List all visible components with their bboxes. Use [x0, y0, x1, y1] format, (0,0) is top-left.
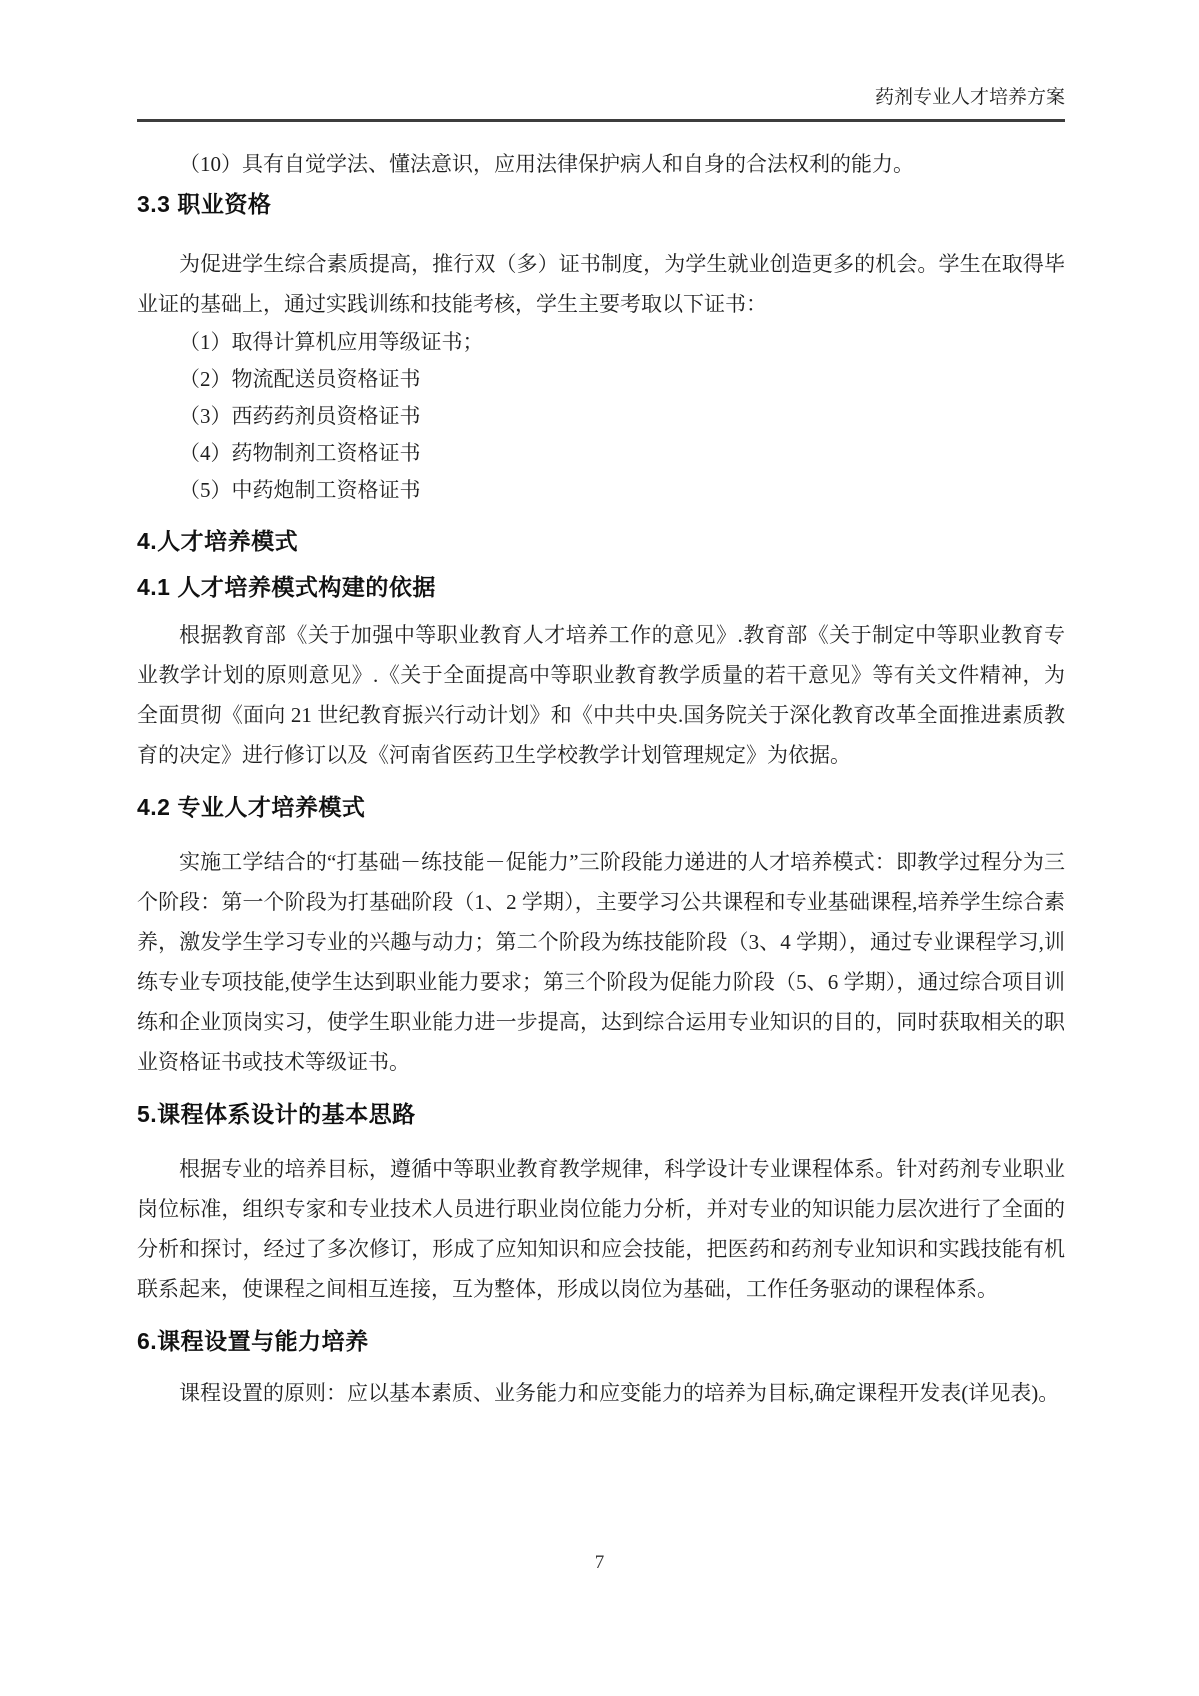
page-content: 药剂专业人才培养方案 （10）具有自觉学法、懂法意识，应用法律保护病人和自身的合… — [137, 0, 1065, 1413]
heading-4-talent-training-model: 4.人才培养模式 — [137, 521, 1065, 561]
heading-4-2-professional-model: 4.2 专业人才培养模式 — [137, 787, 1065, 827]
heading-4-1-model-basis: 4.1 人才培养模式构建的依据 — [137, 567, 1065, 607]
page-header: 药剂专业人才培养方案 — [137, 86, 1065, 122]
heading-5-curriculum-design: 5.课程体系设计的基本思路 — [137, 1094, 1065, 1134]
certificate-list: （1）取得计算机应用等级证书； （2）物流配送员资格证书 （3）西药药剂员资格证… — [137, 324, 1065, 509]
paragraph-course-setting: 课程设置的原则：应以基本素质、业务能力和应变能力的培养为目标,确定课程开发表(详… — [137, 1373, 1065, 1413]
header-title: 药剂专业人才培养方案 — [875, 87, 1065, 108]
certificate-list-item: （5）中药炮制工资格证书 — [137, 472, 1065, 509]
paragraph-curriculum-design: 根据专业的培养目标，遵循中等职业教育教学规律，科学设计专业课程体系。针对药剂专业… — [137, 1149, 1065, 1309]
certificate-list-item: （3）西药药剂员资格证书 — [137, 398, 1065, 435]
page-number: 7 — [0, 1552, 1199, 1574]
certificate-list-item: （1）取得计算机应用等级证书； — [137, 324, 1065, 361]
paragraph-certificate-intro: 为促进学生综合素质提高，推行双（多）证书制度，为学生就业创造更多的机会。学生在取… — [137, 244, 1065, 324]
paragraph-model-basis: 根据教育部《关于加强中等职业教育人才培养工作的意见》.教育部《关于制定中等职业教… — [137, 615, 1065, 775]
document-page: 药剂专业人才培养方案 （10）具有自觉学法、懂法意识，应用法律保护病人和自身的合… — [0, 0, 1199, 1696]
certificate-list-item: （4）药物制剂工资格证书 — [137, 435, 1065, 472]
heading-3-3-vocational-qualification: 3.3 职业资格 — [137, 184, 1065, 224]
heading-6-course-setting: 6.课程设置与能力培养 — [137, 1321, 1065, 1361]
paragraph-legal-awareness: （10）具有自觉学法、懂法意识，应用法律保护病人和自身的合法权利的能力。 — [137, 144, 1065, 184]
paragraph-professional-model: 实施工学结合的“打基础－练技能－促能力”三阶段能力递进的人才培养模式：即教学过程… — [137, 842, 1065, 1082]
certificate-list-item: （2）物流配送员资格证书 — [137, 361, 1065, 398]
